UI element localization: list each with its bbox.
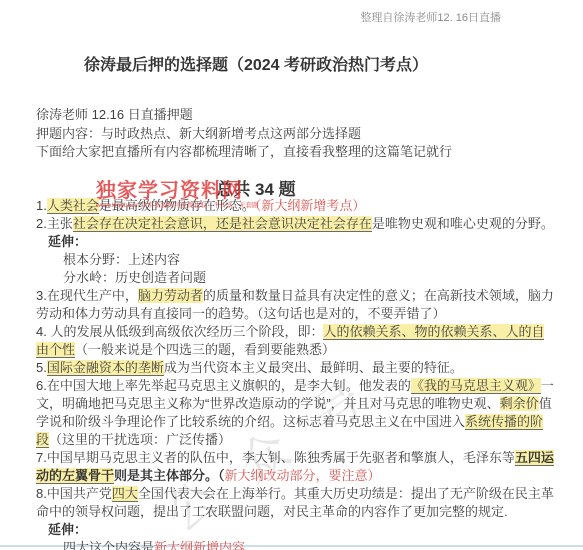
text-segment: 5.: [36, 360, 47, 375]
text-segment: 成为当代资本主义最突出、最鲜明、最主要的特征。: [164, 360, 463, 375]
page-title: 徐涛最后押的选择题（2024 考研政治热门考点）: [36, 52, 476, 75]
intro-line: 押题内容：与时政热点、新大纲新增考点这两部分选择题: [36, 125, 555, 144]
content-line: 延伸：: [36, 233, 555, 251]
highlighted-text: 剩余价: [500, 396, 539, 411]
text-segment: 四大这个内容是: [63, 540, 154, 550]
text-segment: 7.中国早期马克思主义者的队伍中，李大钊、陈独秀属于先驱者和擎旗人，毛泽东等: [36, 450, 515, 465]
content-line: 根本分野：上述内容: [36, 251, 555, 269]
red-note-text: 新大纲改动部分，要注意）: [225, 468, 381, 483]
content-line: 8.中国共产党四大全国代表大会在上海举行。其重大历史功绩是：提出了无产阶级在民主…: [36, 485, 555, 521]
content-line: 3.在现代生产中，脑力劳动者的质量和数量日益具有决定性的意义；在高新技术领域，脑…: [36, 287, 555, 323]
text-segment: 4. 人的发展从低级到高级依次经历三个阶段，即：: [36, 324, 323, 339]
content-blocks: 1.人类社会是最高级的物质存在形态。（新大纲新增考点）2.主张社会存在决定社会意…: [36, 197, 555, 550]
highlighted-text: 脑力劳动者: [138, 288, 203, 303]
text-segment: （这里的干扰选项：广泛传播）: [49, 432, 231, 447]
highlighted-text: 四大: [112, 486, 138, 502]
text-segment: 根本分野：上述内容: [63, 252, 180, 267]
highlighted-text: 国际金融资本的垄断: [47, 360, 164, 376]
content-line: 四大这个内容是新大纲新增内容: [36, 539, 555, 550]
header-note: 整理自徐涛老师12. 16日直播: [360, 9, 501, 25]
text-segment: 分水岭：历史创造者问题: [63, 270, 206, 285]
intro-line: 下面给大家把直播所有内容都梳理清晰了，直接看我整理的这篇笔记就行: [36, 143, 555, 162]
content-line: 6.在中国大地上率先举起马克思主义旗帜的，是李大钊。他发表的《我的马克思主义观》…: [36, 377, 555, 449]
text-segment: 是最高级的物质存在形态。: [99, 198, 255, 213]
intro-line: 徐涛老师 12.16 日直播押题: [36, 106, 555, 125]
content-line: 7.中国早期马克思主义者的队伍中，李大钊、陈独秀属于先驱者和擎旗人，毛泽东等五四…: [36, 449, 555, 485]
red-note-text: （新大纲新增考点）: [255, 198, 366, 213]
content-line: 4. 人的发展从低级到高级依次经历三个阶段，即：人的依赖关系、物的依赖关系、人的…: [36, 323, 555, 359]
intro-lines: 徐涛老师 12.16 日直播押题 押题内容：与时政热点、新大纲新增考点这两部分选…: [36, 106, 555, 162]
text-segment: 延伸：: [48, 522, 87, 537]
content-line: 5.国际金融资本的垄断成为当代资本主义最突出、最鲜明、最主要的特征。: [36, 359, 555, 377]
text-segment: 2.主张: [36, 216, 73, 231]
text-segment: 6.在中国大地上率先举起马克思主义旗帜的，是李大钊。他发表的: [36, 378, 411, 393]
highlighted-text: 人类社会: [47, 198, 99, 214]
highlighted-text: 社会存在决定社会意识，还是社会意识决定社会存在: [73, 216, 372, 232]
text-segment: 是唯物史观和唯心史观的分野。: [372, 216, 554, 231]
text-segment: 8.中国共产党: [36, 486, 112, 501]
highlighted-text: 《我的马克思主义观》: [411, 378, 541, 394]
red-note-text: 新大纲新增内容: [154, 540, 245, 550]
text-segment: 1.: [36, 198, 47, 213]
content-line: 2.主张社会存在决定社会意识，还是社会意识决定社会存在是唯物史观和唯心史观的分野…: [36, 215, 555, 233]
text-segment: 3.在现代生产中，: [36, 288, 138, 303]
text-segment: 延伸：: [48, 234, 87, 249]
page-root: { "header": { "note": "整理自徐涛老师12. 16日直播"…: [0, 0, 583, 550]
content-line: 1.人类社会是最高级的物质存在形态。（新大纲新增考点）: [36, 197, 555, 215]
text-segment: 则是其主体部分。（: [114, 468, 225, 483]
content-line: 延伸：: [36, 521, 555, 539]
text-segment: （一般来说是个四选三的题，看到要能熟悉）: [75, 342, 335, 357]
content-line: 分水岭：历史创造者问题: [36, 269, 555, 287]
